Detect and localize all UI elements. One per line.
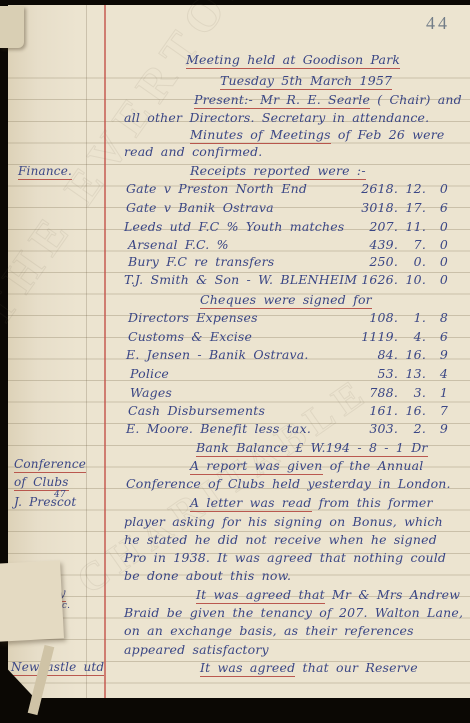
amount-pounds: 3018.: [356, 200, 398, 216]
handwriting-text: read and confirmed.: [124, 144, 262, 159]
handwriting-underlined-text: It was agreed that: [196, 587, 325, 604]
handwriting-line: Leeds utd F.C % Youth matches: [124, 219, 344, 235]
amount-value: 2618.12.0: [356, 181, 464, 197]
handwriting-line: Conference of Clubs held yesterday in Lo…: [126, 476, 451, 492]
handwriting-text: Mr & Mrs Andrew: [325, 587, 460, 602]
margin-note: Conference: [14, 456, 86, 472]
amount-shillings: 12.: [398, 181, 426, 197]
amount-shillings: 0.: [398, 254, 426, 270]
amount-value: 161.16.7: [356, 403, 464, 419]
amount-pounds: 84.: [356, 347, 398, 363]
amount-pence: 9: [426, 421, 448, 437]
handwriting-line: A report was given of the Annual: [190, 458, 424, 474]
handwriting-text: Police: [130, 366, 169, 381]
handwriting-text: E. Jensen - Banik Ostrava.: [126, 347, 309, 362]
handwriting-text: of the Annual: [323, 458, 424, 473]
handwriting-line: Minutes of Meetings of Feb 26 were: [190, 127, 445, 143]
handwriting-text: Braid be given the tenancy of 207. Walto…: [124, 605, 463, 620]
manuscript-page: THE EVERTON COLLECTION CHARITABLE 44 Mee…: [8, 5, 470, 698]
handwriting-line: player asking for his signing on Bonus, …: [124, 514, 443, 530]
handwriting-text: on an exchange basis, as their reference…: [124, 623, 414, 638]
handwriting-text: Leeds utd F.C % Youth matches: [124, 219, 344, 234]
handwriting-underlined-text: Present:- Mr R. E. Searle: [194, 92, 370, 109]
handwriting-text: Arsenal F.C. %: [128, 237, 229, 252]
handwriting-line: Tuesday 5th March 1957: [220, 73, 392, 89]
amount-shillings: 16.: [398, 403, 426, 419]
handwriting-underlined-text: Receipts reported were :-: [190, 163, 366, 180]
handwriting-line: Receipts reported were :-: [190, 163, 366, 179]
amount-shillings: 13.: [398, 366, 426, 382]
red-margin-rule: [104, 5, 106, 698]
handwriting-line: It was agreed that Mr & Mrs Andrew: [196, 587, 460, 603]
handwriting-underlined-text: Tuesday 5th March 1957: [220, 73, 392, 90]
handwriting-line: appeared satisfactory: [124, 642, 269, 658]
handwriting-underlined-text: It was agreed: [200, 660, 295, 677]
handwriting-text: Gate v Banik Ostrava: [126, 200, 274, 215]
amount-value: 788.3.1: [356, 385, 464, 401]
handwriting-text: Customs & Excise: [128, 329, 252, 344]
amount-shillings: 3.: [398, 385, 426, 401]
margin-note-text: Finance.: [18, 164, 72, 180]
handwriting-text: Directors Expenses: [128, 310, 258, 325]
amount-pence: 0: [426, 254, 448, 270]
handwriting-text: from this former: [312, 495, 433, 510]
amount-shillings: 1.: [398, 310, 426, 326]
handwriting-line: Present:- Mr R. E. Searle ( Chair) and: [194, 92, 462, 108]
handwriting-line: be done about this now.: [124, 568, 291, 584]
amount-value: 108.1.8: [356, 310, 464, 326]
handwriting-underlined-text: Cheques were signed for: [200, 292, 372, 309]
amount-value: 3018.17.6: [356, 200, 464, 216]
amount-value: 250.0.0: [356, 254, 464, 270]
handwriting-line: Wages: [130, 385, 172, 401]
amount-pounds: 161.: [356, 403, 398, 419]
handwriting-text: Gate v Preston North End: [126, 181, 307, 196]
amount-pounds: 250.: [356, 254, 398, 270]
amount-shillings: 11.: [398, 219, 426, 235]
amount-value: 1626.10.0: [356, 272, 464, 288]
handwriting-underlined-text: Minutes of Meetings: [190, 127, 331, 144]
handwriting-line: Arsenal F.C. %: [128, 237, 229, 253]
amount-shillings: 7.: [398, 237, 426, 253]
amount-value: 439.7.0: [356, 237, 464, 253]
handwriting-text: he stated he did not receive when he sig…: [124, 532, 437, 547]
amount-pounds: 1626.: [356, 272, 398, 288]
handwriting-line: Police: [130, 366, 169, 382]
handwriting-line: Directors Expenses: [128, 310, 258, 326]
handwriting-text: Pro in 1938. It was agreed that nothing …: [124, 550, 446, 565]
handwriting-line: Meeting held at Goodison Park: [186, 52, 400, 68]
handwriting-text: all other Directors. Secretary in attend…: [124, 110, 429, 125]
handwriting-line: Cheques were signed for: [200, 292, 372, 308]
amount-pounds: 2618.: [356, 181, 398, 197]
amount-pounds: 788.: [356, 385, 398, 401]
amount-value: 1119.4.6: [356, 329, 464, 345]
handwriting-line: all other Directors. Secretary in attend…: [124, 110, 429, 126]
page-number: 44: [426, 13, 450, 34]
amount-pence: 6: [426, 200, 448, 216]
handwriting-line: Gate v Preston North End: [126, 181, 307, 197]
margin-note-text: J. Prescot: [14, 495, 76, 509]
margin-note-text: Conference: [14, 457, 86, 473]
handwriting-underlined-text: A report was given: [190, 458, 323, 475]
amount-pence: 6: [426, 329, 448, 345]
handwriting-text: Wages: [130, 385, 172, 400]
handwriting-line: Bury F.C re transfers: [128, 254, 274, 270]
amount-shillings: 17.: [398, 200, 426, 216]
amount-pounds: 108.: [356, 310, 398, 326]
handwriting-text: player asking for his signing on Bonus, …: [124, 514, 443, 529]
handwriting-line: Gate v Banik Ostrava: [126, 200, 274, 216]
amount-shillings: 4.: [398, 329, 426, 345]
handwriting-line: Bank Balance £ W.194 - 8 - 1 Dr: [196, 440, 428, 456]
handwriting-line: he stated he did not receive when he sig…: [124, 532, 437, 548]
handwriting-text: that our Reserve: [295, 660, 417, 675]
handwriting-line: Braid be given the tenancy of 207. Walto…: [124, 605, 463, 621]
amount-pence: 9: [426, 347, 448, 363]
margin-note: Finance.: [18, 163, 72, 179]
handwriting-text: Cash Disbursements: [128, 403, 265, 418]
handwriting-text: T.J. Smith & Son - W. BLENHEIM: [124, 272, 357, 287]
amount-value: 303.2.9: [356, 421, 464, 437]
handwriting-line: T.J. Smith & Son - W. BLENHEIM: [124, 272, 357, 288]
underlying-page-corner-top: [0, 6, 24, 48]
handwriting-line: Customs & Excise: [128, 329, 252, 345]
handwriting-underlined-text: A letter was read: [190, 495, 312, 512]
handwriting-line: A letter was read from this former: [190, 495, 433, 511]
amount-value: 207.11.0: [356, 219, 464, 235]
amount-pence: 0: [426, 237, 448, 253]
amount-pounds: 207.: [356, 219, 398, 235]
amount-pence: 4: [426, 366, 448, 382]
handwriting-line: Cash Disbursements: [128, 403, 265, 419]
amount-pence: 7: [426, 403, 448, 419]
handwriting-underlined-text: Bank Balance £ W.194 - 8 - 1 Dr: [196, 440, 428, 457]
amount-shillings: 2.: [398, 421, 426, 437]
amount-shillings: 16.: [398, 347, 426, 363]
margin-note: J. Prescot: [14, 494, 76, 510]
amount-pounds: 53.: [356, 366, 398, 382]
binding-crease: [86, 5, 87, 698]
amount-value: 53.13.4: [356, 366, 464, 382]
handwriting-text: Bury F.C re transfers: [128, 254, 274, 269]
scan-edge-notch: [0, 661, 58, 723]
handwriting-line: E. Moore. Benefit less tax.: [126, 421, 311, 437]
handwriting-text: ( Chair) and: [370, 92, 462, 107]
handwriting-underlined-text: Meeting held at Goodison Park: [186, 52, 400, 69]
amount-pence: 1: [426, 385, 448, 401]
amount-pence: 0: [426, 272, 448, 288]
handwriting-line: It was agreed that our Reserve: [200, 660, 418, 676]
handwriting-line: Pro in 1938. It was agreed that nothing …: [124, 550, 446, 566]
handwriting-line: read and confirmed.: [124, 144, 262, 160]
amount-pounds: 1119.: [356, 329, 398, 345]
handwriting-line: on an exchange basis, as their reference…: [124, 623, 414, 639]
amount-pence: 8: [426, 310, 448, 326]
underlying-page-corner-bottom: [0, 560, 64, 641]
handwriting-line: E. Jensen - Banik Ostrava.: [126, 347, 309, 363]
handwriting-text: E. Moore. Benefit less tax.: [126, 421, 311, 436]
amount-pence: 0: [426, 181, 448, 197]
handwriting-text: appeared satisfactory: [124, 642, 269, 657]
amount-pence: 0: [426, 219, 448, 235]
amount-value: 84.16.9: [356, 347, 464, 363]
handwriting-text: of Feb 26 were: [331, 127, 445, 142]
handwriting-text: Conference of Clubs held yesterday in Lo…: [126, 476, 451, 491]
amount-shillings: 10.: [398, 272, 426, 288]
amount-pounds: 303.: [356, 421, 398, 437]
handwriting-text: be done about this now.: [124, 568, 291, 583]
amount-pounds: 439.: [356, 237, 398, 253]
